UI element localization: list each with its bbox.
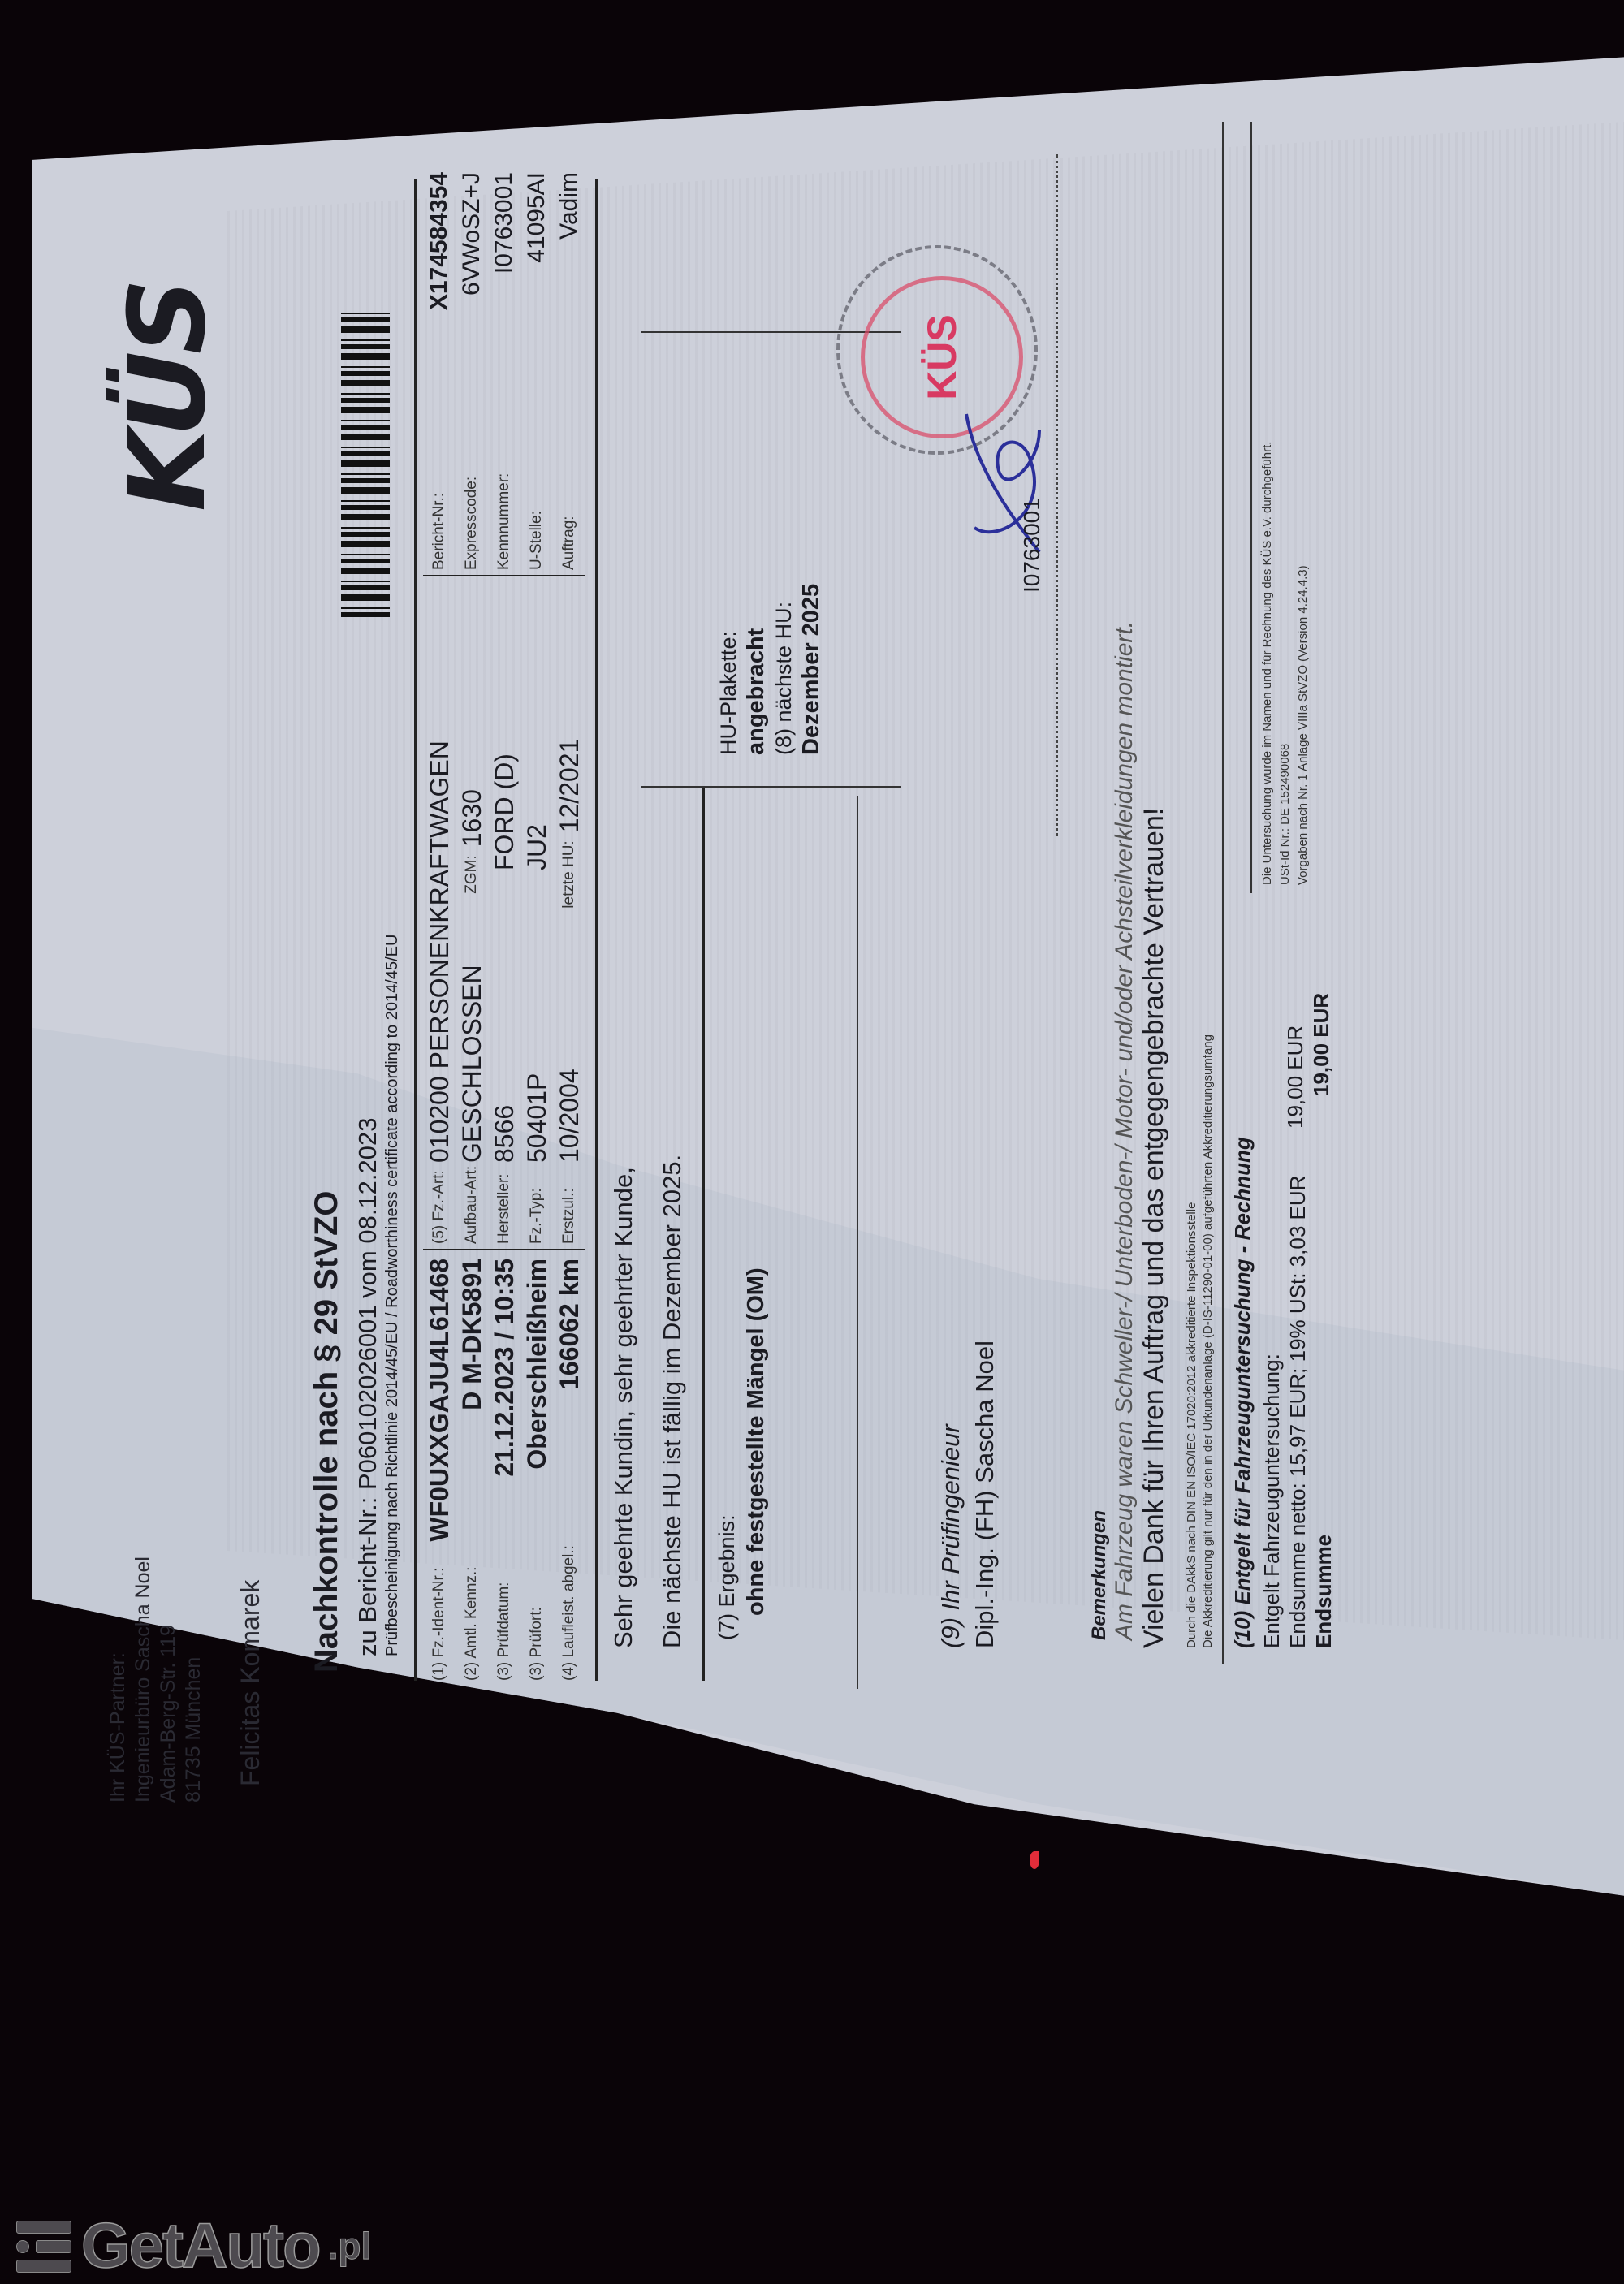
divider-vertical [641, 786, 901, 788]
red-tab-mark [1030, 1851, 1039, 1869]
test-location-value: Oberschleißheim [522, 1259, 552, 1518]
partner-address: Ihr KÜS-Partner: Ingenieurbüro Sascha No… [106, 1556, 206, 1803]
u-stelle-value: 41095AI [523, 172, 551, 424]
report-reference: zu Bericht-Nr.: P060102026001 vom 08.12.… [353, 1117, 382, 1656]
info-row: (2) Amtl. Kennz.:D M-DK5891 [456, 1259, 488, 1681]
u-stelle-label: U-Stelle: [528, 424, 546, 570]
vehicle-info-middle: (5) Fz.-Art:010200 PERSONENKRAFTWAGEN Au… [423, 578, 585, 1250]
inspection-document: Ihr KÜS-Partner: Ingenieurbüro Sascha No… [73, 171, 1307, 1811]
legal-note-line: Die Untersuchung wurde im Namen und für … [1259, 442, 1276, 885]
info-row: Auftrag:Vadim [553, 172, 585, 570]
first-registration-label: Erstzul.: [560, 1163, 578, 1244]
kennnummer-value: I0763001 [490, 172, 518, 424]
test-date-label: (3) Prüfdatum: [495, 1518, 513, 1681]
last-hu-value: 12/2021 [555, 578, 585, 832]
report-number-value: X174584354 [425, 172, 453, 424]
info-row: (4) Laufleist. abgel.:166062 km [553, 1259, 585, 1681]
kus-legal-note: Die Untersuchung wurde im Namen und für … [1259, 442, 1312, 885]
info-row: Expresscode:6VWoSZ+J [456, 172, 488, 570]
vehicle-type-value: 010200 PERSONENKRAFTWAGEN [425, 578, 455, 1163]
result-value: ohne festgestellte Mängel (OM) [743, 1267, 770, 1616]
fee-heading: (10) Entgelt für Fahrzeuguntersuchung - … [1230, 1137, 1255, 1648]
recipient-name: Felicitas Komarek [235, 1580, 266, 1786]
fee-line-label: Entgelt Fahrzeuguntersuchung: [1259, 1176, 1285, 1648]
inspector-name: Dipl.-Ing. (FH) Sascha Noel [968, 1341, 1002, 1648]
signature-line [1056, 154, 1058, 836]
fee-total: 19,00 EUR [1309, 993, 1334, 1096]
mileage-value: 166062 km [555, 1259, 585, 1518]
divider [702, 788, 705, 1681]
remarks-heading: Bemerkungen [1088, 1510, 1111, 1640]
inspector-block: (9) Ihr Prüfingenieur Dipl.-Ing. (FH) Sa… [934, 1341, 1002, 1648]
partner-company: Ingenieurbüro Sascha Noel [131, 1556, 156, 1803]
kennnummer-label: Kennnummer: [495, 424, 513, 570]
plate-label: (2) Amtl. Kennz.: [463, 1518, 481, 1681]
watermark-tld: .pl [328, 2224, 372, 2268]
greeting: Sehr geehrte Kundin, sehr geehrter Kunde… [609, 1167, 638, 1648]
accreditation-note: Durch die DAkkS nach DIN EN ISO/IEC 1702… [1184, 1034, 1216, 1648]
partner-street: Adam-Berg-Str. 119 [156, 1556, 181, 1803]
test-date-value: 21.12.2023 / 10:35 [490, 1259, 520, 1518]
fee-amount: 19,00 EUR [1283, 1025, 1308, 1129]
test-location-label: (3) Prüfort: [528, 1518, 546, 1681]
inspector-kennnummer: I0763001 [1019, 498, 1045, 593]
order-value: Vadim [555, 172, 583, 424]
expresscode-label: Expresscode: [463, 424, 481, 570]
expresscode-value: 6VWoSZ+J [458, 172, 486, 424]
getauto-watermark: GetAuto.pl [16, 2208, 371, 2282]
next-hu-value: Dezember 2025 [798, 584, 824, 755]
info-row: U-Stelle:41095AI [520, 172, 553, 570]
first-registration-value: 10/2004 [555, 909, 585, 1163]
zgm-label: ZGM: [463, 855, 481, 894]
vat-id-line: USt-Id Nr.: DE 152490068 [1276, 442, 1294, 885]
hu-plakette-block: HU-Plakette: angebracht (8) nächste HU: … [715, 584, 825, 755]
vehicle-info-box: (1) Fz.-Ident-Nr.:WF0UXXGAJU4L61468 (2) … [414, 179, 598, 1681]
vin-label: (1) Fz.-Ident-Nr.: [430, 1542, 448, 1681]
next-hu-label: (8) nächste HU: [770, 584, 797, 755]
manufacturer-name: FORD (D) [490, 578, 520, 870]
plate-value: D M-DK5891 [457, 1259, 487, 1518]
fee-total-label: Endsumme [1311, 1176, 1337, 1648]
info-row: (3) Prüfort:Oberschleißheim [520, 1259, 553, 1681]
result-label: (7) Ergebnis: [715, 1514, 740, 1640]
fee-net-vat: Endsumme netto: 15,97 EUR; 19% USt: 3,03… [1285, 1176, 1311, 1648]
order-label: Auftrag: [560, 424, 578, 570]
document-subtitle: Prüfbescheinigung nach Richtlinie 2014/4… [383, 935, 402, 1656]
plakette-value: angebracht [743, 628, 769, 755]
mileage-label: (4) Laufleist. abgel.: [560, 1518, 578, 1681]
info-row: Bericht-Nr.:X174584354 [423, 172, 456, 570]
remarks-text: Am Fahrzeug waren Schweller-/ Unterboden… [1111, 621, 1138, 1640]
accreditation-line: Die Akkreditierung gilt nur für den in d… [1200, 1034, 1216, 1648]
info-row: Hersteller:8566FORD (D) [488, 578, 520, 1244]
body-type-value: GESCHLOSSEN [457, 894, 487, 1163]
partner-label: Ihr KÜS-Partner: [106, 1556, 131, 1803]
vehicle-info-right: Bericht-Nr.:X174584354 Expresscode:6VWoS… [423, 172, 585, 576]
model-type-code: 50401P [522, 870, 552, 1163]
manufacturer-label: Hersteller: [495, 1163, 513, 1244]
info-row: (1) Fz.-Ident-Nr.:WF0UXXGAJU4L61468 [423, 1259, 456, 1681]
manufacturer-code: 8566 [490, 870, 520, 1163]
info-row: (3) Prüfdatum:21.12.2023 / 10:35 [488, 1259, 520, 1681]
inspector-label: (9) Ihr Prüfingenieur [934, 1341, 968, 1648]
getauto-logo-icon [16, 2217, 73, 2274]
document-title: Nachkontrolle nach § 29 StVZO [309, 1191, 345, 1673]
model-type-label: Fz.-Typ: [528, 1163, 546, 1244]
barcode [341, 309, 390, 617]
last-hu-label: letzte HU: [560, 840, 578, 908]
vehicle-type-label: (5) Fz.-Art: [430, 1163, 448, 1244]
info-row: Kennnummer:I0763001 [488, 172, 520, 570]
fee-details: Entgelt Fahrzeuguntersuchung: Endsumme n… [1259, 1176, 1337, 1648]
accreditation-line: Durch die DAkkS nach DIN EN ISO/IEC 1702… [1184, 1034, 1200, 1648]
divider [857, 796, 858, 1689]
vin-value: WF0UXXGAJU4L61468 [425, 1259, 455, 1542]
thank-you-text: Vielen Dank für Ihren Auftrag und das en… [1138, 808, 1170, 1648]
vehicle-info-left: (1) Fz.-Ident-Nr.:WF0UXXGAJU4L61468 (2) … [423, 1259, 585, 1681]
info-row: Aufbau-Art:GESCHLOSSENZGM:1630 [456, 578, 488, 1244]
kus-logo: KÜS [106, 282, 229, 512]
next-hu-sentence: Die nächste HU ist fällig im Dezember 20… [658, 1155, 687, 1648]
info-row: (5) Fz.-Art:010200 PERSONENKRAFTWAGEN [423, 578, 456, 1244]
body-type-label: Aufbau-Art: [463, 1163, 481, 1244]
info-row: Erstzul.:10/2004letzte HU:12/2021 [553, 578, 585, 1244]
report-number-label: Bericht-Nr.: [430, 424, 448, 570]
partner-city: 81735 München [181, 1556, 206, 1803]
watermark-brand: GetAuto [81, 2208, 320, 2282]
zgm-value: 1630 [457, 578, 487, 847]
model-type-name: JU2 [522, 578, 552, 870]
regulation-line: Vorgaben nach Nr. 1 Anlage VIIIa StVZO (… [1294, 442, 1312, 885]
divider [1250, 122, 1252, 893]
plakette-label: HU-Plakette: [715, 584, 742, 755]
info-row: Fz.-Typ:50401PJU2 [520, 578, 553, 1244]
divider [1222, 122, 1224, 1664]
